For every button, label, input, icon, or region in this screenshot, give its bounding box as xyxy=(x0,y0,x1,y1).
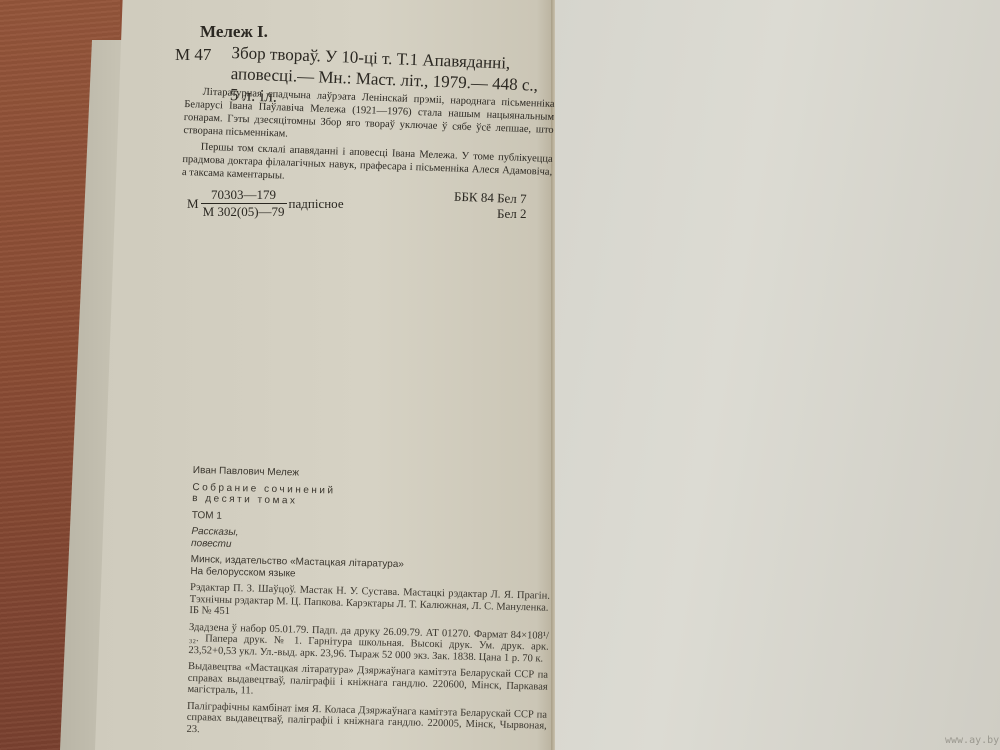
imprint-editors: Рэдактар П. З. Шаўцоў. Мастак Н. У. Суст… xyxy=(189,582,550,625)
imprint-block: Иван Павлович Мележ Собрание сочинений в… xyxy=(186,465,553,749)
fraction-prefix: М xyxy=(187,196,199,212)
annotation: Літаратурная спадчына лаўрэата Ленінскай… xyxy=(182,85,555,195)
print-details: Здадзена ў набор 05.01.79. Падп. да друк… xyxy=(188,621,549,664)
watermark: www.ay.by xyxy=(945,735,999,746)
catalog-index: М 47 xyxy=(175,45,211,65)
publisher-address: Выдавецтва «Мастацкая літаратура» Дзяржа… xyxy=(187,661,548,704)
bel-code: Бел 2 xyxy=(497,206,526,222)
fraction: 70303—179М 302(05)—79 xyxy=(201,187,287,220)
catalog-fraction: М70303—179М 302(05)—79падпісное xyxy=(187,187,344,220)
imprint-publisher: Минск, издательство «Мастацкая літаратур… xyxy=(190,554,550,586)
catalog-author: Мележ І. xyxy=(200,22,268,42)
bbk-code: ББК 84 Бел 7 xyxy=(454,189,527,208)
imprint-title: Собрание сочинений в десяти томах xyxy=(192,481,552,513)
imprint-genre: Рассказы, повести xyxy=(191,526,551,558)
printer-address: Паліграфічны камбінат імя Я. Коласа Дзяр… xyxy=(186,700,547,743)
fraction-denominator: М 302(05)—79 xyxy=(201,204,287,220)
fraction-numerator: 70303—179 xyxy=(201,187,287,204)
right-page-blank xyxy=(555,0,1000,750)
subscription-note: падпісное xyxy=(289,196,344,211)
